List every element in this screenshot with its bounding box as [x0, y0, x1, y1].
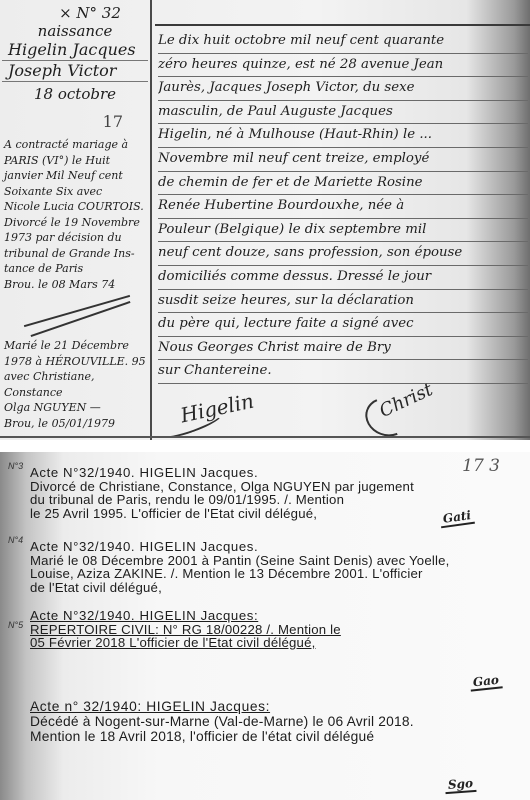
mention-label: N°3: [8, 460, 23, 474]
act-type: naissance: [2, 22, 148, 40]
act-text-line: Renée Hubertine Bourdouxhe, née à: [158, 195, 528, 219]
act-signatures: Higelin Christ: [160, 388, 525, 436]
note-line: PARIS (VI°) le Huit: [4, 153, 148, 169]
mention-line: REPERTOIRE CIVIL: N° RG 18/00228 /. Ment…: [30, 623, 530, 637]
note-line: Marié le 21 Décembre: [4, 338, 148, 354]
officer-signature: Gati: [439, 508, 475, 529]
mention-line: de l'Etat civil délégué,: [30, 581, 530, 595]
note-line: 1978 à HÉROUVILLE. 95: [4, 354, 148, 370]
mention-header: Acte n° 32/1940: HIGELIN Jacques:: [30, 699, 530, 714]
declarant-signature: Higelin: [178, 389, 256, 428]
note-line: Nicole Lucia COURTOIS.: [4, 199, 148, 215]
note-line: Divorcé le 19 Novembre: [4, 215, 148, 231]
birth-date: 18 octobre: [2, 84, 148, 104]
mention-line: Marié le 08 Décembre 2001 à Pantin (Sein…: [30, 554, 530, 568]
margin-column-divider: [150, 0, 152, 440]
mention-label: N°5: [8, 619, 23, 633]
officer-signature: Gao: [469, 672, 503, 691]
folio-number: 17: [2, 112, 148, 131]
act-text-line: Higelin, né à Mulhouse (Haut-Rhin) le ..…: [158, 124, 528, 148]
mention-line: Divorcé de Christiane, Constance, Olga N…: [30, 480, 530, 494]
mention-header: Acte N°32/1940. HIGELIN Jacques:: [30, 609, 530, 623]
mention-6-death: Acte n° 32/1940: HIGELIN Jacques: Décédé…: [30, 699, 530, 744]
mention-header: Acte N°32/1940. HIGELIN Jacques.: [30, 540, 530, 554]
birth-register-page: × N° 32 naissance Higelin Jacques Joseph…: [0, 0, 530, 440]
act-text-line: Novembre mil neuf cent treize, employé: [158, 148, 528, 172]
act-number: × N° 32: [32, 4, 148, 22]
act-text-line: de chemin de fer et de Mariette Rosine: [158, 172, 528, 196]
act-text-line: susdit seize heures, sur la déclaration: [158, 290, 528, 314]
note-line: avec Christiane, Constance: [4, 369, 148, 400]
act-text-line: neuf cent douze, sans profession, son ép…: [158, 242, 528, 266]
note-line: janvier Mil Neuf cent: [4, 168, 148, 184]
mention-4-marriage: N°4 Acte N°32/1940. HIGELIN Jacques. Mar…: [30, 540, 530, 594]
officer-signature: Sgo: [444, 776, 476, 794]
act-text-line: sur Chantereine.: [158, 360, 528, 384]
register-bottom-rule: [0, 436, 530, 438]
note-line: Brou, le 05/01/1979: [4, 416, 148, 432]
margin-column: × N° 32 naissance Higelin Jacques Joseph…: [2, 4, 148, 431]
margin-signature-flourish: [2, 292, 148, 332]
note-line: tance de Paris: [4, 261, 148, 277]
act-text-line: Le dix huit octobre mil neuf cent quaran…: [158, 30, 528, 54]
act-text-line: Nous Georges Christ maire de Bry: [158, 337, 528, 361]
note-line: Soixante Six avec: [4, 184, 148, 200]
birth-act-body: Le dix huit octobre mil neuf cent quaran…: [158, 30, 528, 384]
signature-stroke: [24, 295, 130, 327]
act-text-line: domiciliés comme dessus. Dressé le jour: [158, 266, 528, 290]
note-line: Olga NGUYEN —: [4, 400, 148, 416]
mention-line: Décédé à Nogent-sur-Marne (Val-de-Marne)…: [30, 714, 530, 729]
marriage-divorce-note-1966: A contracté mariage à PARIS (VI°) le Hui…: [2, 137, 148, 292]
mention-line: Louise, Aziza ZAKINE. /. Mention le 13 D…: [30, 567, 530, 581]
marriage-note-1978: Marié le 21 Décembre 1978 à HÉROUVILLE. …: [2, 338, 148, 431]
act-text-line: Pouleur (Belgique) le dix septembre mil: [158, 219, 528, 243]
mention-header: Acte N°32/1940. HIGELIN Jacques.: [30, 466, 530, 480]
act-text-line: du père qui, lecture faite a signé avec: [158, 313, 528, 337]
subject-name-line2: Joseph Victor: [2, 61, 148, 82]
note-line: tribunal de Grande Ins-: [4, 246, 148, 262]
mention-5-repertoire-civil: N°5 Acte N°32/1940. HIGELIN Jacques: REP…: [30, 609, 530, 650]
note-line: Brou. le 08 Mars 74: [4, 277, 148, 293]
mention-line: 05 Février 2018 L'officier de l'Etat civ…: [30, 636, 530, 650]
note-line: 1973 par décision du: [4, 230, 148, 246]
register-top-rule: [155, 24, 530, 26]
subject-name-line1: Higelin Jacques: [2, 40, 148, 61]
note-line: A contracté mariage à: [4, 137, 148, 153]
act-text-line: zéro heures quinze, est né 28 avenue Jea…: [158, 54, 528, 78]
act-text-line: masculin, de Paul Auguste Jacques: [158, 101, 528, 125]
mention-line: du tribunal de Paris, rendu le 09/01/199…: [30, 493, 530, 507]
act-text-line: Jaurès, Jacques Joseph Victor, du sexe: [158, 77, 528, 101]
mention-label: N°4: [8, 534, 23, 548]
marginal-mentions-page: 17 3 N°3 Acte N°32/1940. HIGELIN Jacques…: [0, 452, 530, 800]
mention-line: Mention le 18 Avril 2018, l'officier de …: [30, 729, 530, 744]
